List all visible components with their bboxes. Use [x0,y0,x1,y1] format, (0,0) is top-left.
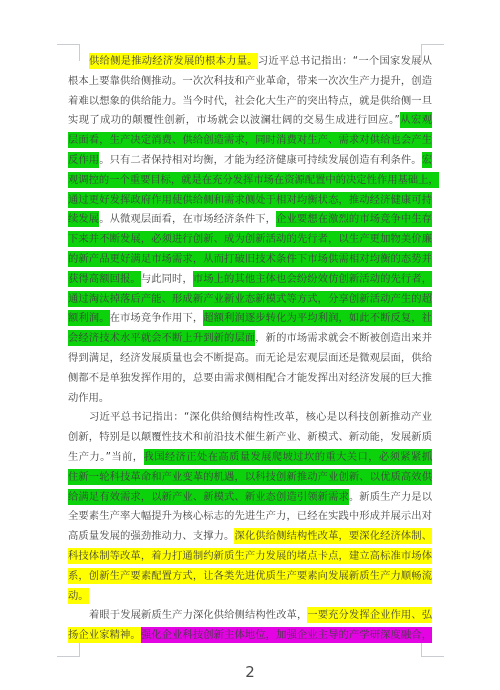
text-run: 高质量发展的强劲推动力、支撑力。 [68,528,234,544]
paragraph: 习近平总书记指出：“深化供给侧结构性改革，核心是以科技创新推动产业创新，特别是以… [68,408,432,606]
text-run: 与此同时， [141,271,193,287]
text-run: 。从微观层面看，在市场经济条件下， [99,211,276,227]
text-line: 着难以想象的供给能力。当今时代，社会化大生产的突出特点，就是供给侧一旦 [68,92,432,112]
highlight-green-run: 我国经济正处在高质量发展爬坡过坎的重大关口，必须紧紧抓 [144,449,433,465]
highlight-green-run: 的新产品更好满足市场需求，从而打破旧技术条件下市场供需相对均衡的态势并 [68,251,432,267]
text-run: 习近平总书记指出：“一个国家发展从 [258,53,432,69]
text-run: 创新，特别是以颠覆性技术和前沿技术催生新产业、新模式、新动能，发展新质 [68,429,432,445]
highlight-green-run: 从宏观 [400,112,432,128]
highlight-green-run: 续发展 [68,211,99,227]
text-line: 扬企业家精神。强化企业科技创新主体地位，加强企业主导的产学研深度融合， [68,626,432,646]
text-line: 通过更好发挥政府作用使供给侧和需求侧处于相对均衡状态，推动经济健康可持 [68,191,432,211]
paragraph: 着眼于发展新质生产力深化供给侧结构性改革，一要充分发挥企业作用、弘扬企业家精神。… [68,606,432,646]
text-run: 。只有二者保持相对均衡，才能为经济健康可持续发展创造有利条件。 [99,152,422,168]
text-line: 得到满足，经济发展质量也会不断提高。而无论是宏观层面还是微观层面，供给 [68,349,432,369]
text-line: 供给侧是推动经济发展的根本力量。习近平总书记指出：“一个国家发展从 [68,52,432,72]
highlight-green-run: 会经济技术水平就会不断上升到新的层面 [68,330,255,346]
text-line: 给满足有效需求，以新产业、新模式、新业态创造引领新需求。新质生产力是以 [68,488,432,508]
highlight-yellow-run: 动。 [68,588,89,604]
text-line: 系，创新生产要素配置方式，让各类先进优质生产要素向发展新质生产力顺畅流 [68,567,432,587]
text-line: 高质量发展的强劲推动力、支撑力。深化供给侧结构性改革，要深化经济体制、 [68,527,432,547]
highlight-green-run: 宏 [422,152,432,168]
text-line: 实现了成功的颠覆性创新，市场就会以波澜壮阔的交易生成进行回应。”从宏观 [68,111,432,131]
text-line: 层面看，生产决定消费、供给创造需求，同时消费对生产、需求对供给也会产生 [68,131,432,151]
text-run: 动作用。 [68,390,109,406]
text-line: 习近平总书记指出：“深化供给侧结构性改革，核心是以科技创新推动产业 [68,408,432,428]
text-run: 生产力。”当前， [68,449,144,465]
highlight-yellow-run: 供给侧是推动经济发展的根本力量。 [89,53,258,69]
text-run: 全要素生产率大幅提升为核心标志的先进生产力，已经在实践中形成并展示出对 [68,508,432,524]
highlight-green-run: 市场上的其他主体也会纷纷效仿创新活动的先行者， [193,271,432,287]
text-line: 下来并不断发展，必须进行创新、成为创新活动的先行者，以生产更加物美价廉 [68,230,432,250]
paragraph: 供给侧是推动经济发展的根本力量。习近平总书记指出：“一个国家发展从根本上要靠供给… [68,52,432,408]
highlight-green-run: 获得高额回报。 [68,271,141,287]
document-body: 供给侧是推动经济发展的根本力量。习近平总书记指出：“一个国家发展从根本上要靠供给… [68,52,432,646]
text-line: 全要素生产率大幅提升为核心标志的先进生产力，已经在实践中形成并展示出对 [68,507,432,527]
text-run: 得到满足，经济发展质量也会不断提高。而无论是宏观层面还是微观层面，供给 [68,350,432,366]
text-line: 获得高额回报。与此同时，市场上的其他主体也会纷纷效仿创新活动的先行者， [68,270,432,290]
text-run: 着难以想象的供给能力。当今时代，社会化大生产的突出特点，就是供给侧一旦 [68,93,432,109]
highlight-green-run: 企业要想在激烈的市场竞争中生存 [276,211,432,227]
text-line: 着眼于发展新质生产力深化供给侧结构性改革，一要充分发挥企业作用、弘 [68,606,432,626]
text-line: 住新一轮科技革命和产业变革的机遇，以科技创新推动产业创新、以优质高效供 [68,468,432,488]
text-run: 侧都不是单独发挥作用的，总要由需求侧相配合才能发挥出对经济发展的巨大推 [68,370,432,386]
text-line: 科技体制等改革，着力打通制约新质生产力发展的堵点卡点，建立高标准市场体 [68,547,432,567]
highlight-green-run: 通过淘汰掉落后产能、形成新产业新业态新模式等方式，分享创新活动产生的超 [68,291,432,307]
highlight-green-run: 住新一轮科技革命和产业变革的机遇，以科技创新推动产业创新、以优质高效供 [68,469,432,485]
text-line: 创新，特别是以颠覆性技术和前沿技术催生新产业、新模式、新动能，发展新质 [68,428,432,448]
text-line: 反作用。只有二者保持相对均衡，才能为经济健康可持续发展创造有利条件。宏 [68,151,432,171]
highlight-green-run: 额利润。 [68,310,110,326]
text-run: 实现了成功的颠覆性创新，市场就会以波澜壮阔的交易生成进行回应。” [68,112,400,128]
highlight-yellow-run: 科技体制等改革，着力打通制约新质生产力发展的堵点卡点，建立高标准市场体 [68,548,432,564]
highlight-green-run: 超额利润逐步转化为平均利润，如此不断反复，社 [203,310,432,326]
highlight-green-run: 层面看，生产决定消费、供给创造需求，同时消费对生产、需求对供给也会产生 [68,132,432,148]
highlight-green-run: 反作用 [68,152,99,168]
highlight-green-run: 给满足有效需求，以新产业、新模式、新业态创造引领新需求 [68,489,349,505]
text-line: 的新产品更好满足市场需求，从而打破旧技术条件下市场供需相对均衡的态势并 [68,250,432,270]
highlight-yellow-run: 一要充分发挥企业作用、弘 [307,607,432,623]
text-line: 动作用。 [68,389,432,409]
highlight-green-run: 下来并不断发展，必须进行创新、成为创新活动的先行者，以生产更加物美价廉 [68,231,432,247]
text-line: 观调控的一个重要目标，就是在充分发挥市场在资源配置中的决定性作用基础上， [68,171,432,191]
text-run: 在市场竞争作用下， [110,310,204,326]
highlight-magenta-run: 强化企业科技创新主体地位，加强企业主导的产学研深度融合， [141,627,432,643]
text-run: 根本上要靠供给侧推动。一次次科技和产业革命，带来一次次生产力提升，创造 [68,73,432,89]
page-number: 2 [0,663,500,681]
highlight-green-run: 观调控的一个重要目标，就是在充分发挥市场在资源配置中的决定性作用基础上， [68,172,439,188]
text-line: 侧都不是单独发挥作用的，总要由需求侧相配合才能发挥出对经济发展的巨大推 [68,369,432,389]
text-line: 动。 [68,587,432,607]
highlight-yellow-run: 深化供给侧结构性改革，要深化经济体制、 [234,528,432,544]
text-run: 。新质生产力是以 [349,489,432,505]
highlight-yellow-run: 系，创新生产要素配置方式，让各类先进优质生产要素向发展新质生产力顺畅流 [68,568,432,584]
text-line: 通过淘汰掉落后产能、形成新产业新业态新模式等方式，分享创新活动产生的超 [68,290,432,310]
text-line: 额利润。在市场竞争作用下，超额利润逐步转化为平均利润，如此不断反复，社 [68,309,432,329]
text-run: ，新的市场需求就会不断被创造出来并 [255,330,432,346]
highlight-yellow-run: 扬企业家精神。 [68,627,141,643]
text-run: 着眼于发展新质生产力深化供给侧结构性改革， [89,607,307,623]
text-line: 续发展。从微观层面看，在市场经济条件下，企业要想在激烈的市场竞争中生存 [68,210,432,230]
document-page: 供给侧是推动经济发展的根本力量。习近平总书记指出：“一个国家发展从根本上要靠供给… [0,0,500,690]
text-line: 生产力。”当前，我国经济正处在高质量发展爬坡过坎的重大关口，必须紧紧抓 [68,448,432,468]
text-run: 习近平总书记指出：“深化供给侧结构性改革，核心是以科技创新推动产业 [89,409,432,425]
text-line: 根本上要靠供给侧推动。一次次科技和产业革命，带来一次次生产力提升，创造 [68,72,432,92]
highlight-green-run: 通过更好发挥政府作用使供给侧和需求侧处于相对均衡状态，推动经济健康可持 [68,192,432,208]
text-line: 会经济技术水平就会不断上升到新的层面，新的市场需求就会不断被创造出来并 [68,329,432,349]
